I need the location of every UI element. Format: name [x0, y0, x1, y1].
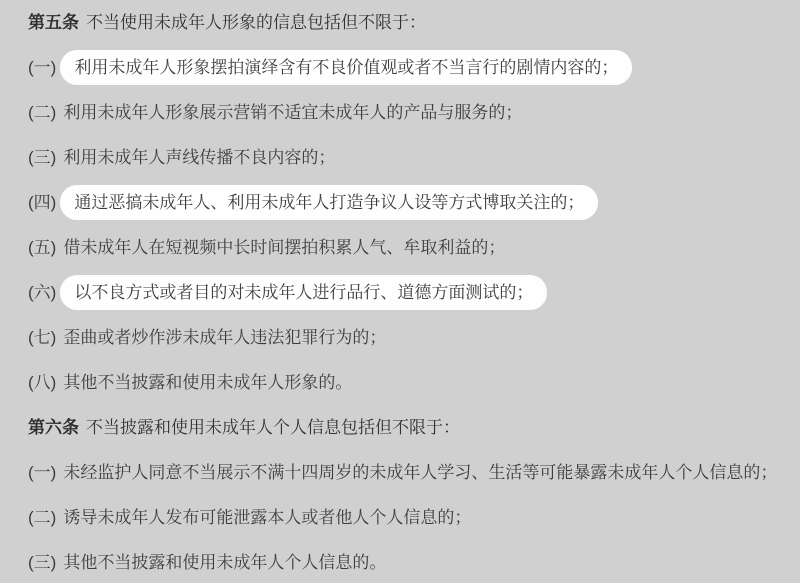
- item-number: (二): [28, 102, 56, 123]
- section-heading-article5: 第五条 不当使用未成年人形象的信息包括但不限于：: [28, 0, 780, 45]
- item-text: 诱导未成年人发布可能泄露本人或者他人个人信息的；: [63, 507, 471, 528]
- list-item: (八) 其他不当披露和使用未成年人形象的。: [28, 360, 780, 405]
- list-item: (七) 歪曲或者炒作涉未成年人违法犯罪行为的；: [28, 315, 780, 360]
- highlight-pill: 利用未成年人形象摆拍演绎含有不良价值观或者不当言行的剧情内容的；: [60, 50, 632, 85]
- list-item: (三) 利用未成年人声线传播不良内容的；: [28, 135, 780, 180]
- list-item: (一) 利用未成年人形象摆拍演绎含有不良价值观或者不当言行的剧情内容的；: [28, 45, 780, 90]
- list-item: (五) 借未成年人在短视频中长时间摆拍积累人气、牟取利益的；: [28, 225, 780, 270]
- article-heading-text: 不当使用未成年人形象的信息包括但不限于：: [86, 12, 426, 33]
- list-item: (四) 通过恶搞未成年人、利用未成年人打造争议人设等方式博取关注的；: [28, 180, 780, 225]
- list-item: (一) 未经监护人同意不当展示不满十四周岁的未成年人学习、生活等可能暴露未成年人…: [28, 450, 780, 495]
- item-text: 借未成年人在短视频中长时间摆拍积累人气、牟取利益的；: [63, 237, 505, 258]
- highlight-pill: 以不良方式或者目的对未成年人进行品行、道德方面测试的；: [60, 275, 547, 310]
- item-number: (七): [28, 327, 56, 348]
- highlight-pill: 通过恶搞未成年人、利用未成年人打造争议人设等方式博取关注的；: [60, 185, 598, 220]
- document-page: 第五条 不当使用未成年人形象的信息包括但不限于： (一) 利用未成年人形象摆拍演…: [0, 0, 800, 583]
- item-number: (三): [28, 147, 56, 168]
- item-number: (一): [28, 57, 56, 78]
- list-item: (二) 利用未成年人形象展示营销不适宜未成年人的产品与服务的；: [28, 90, 780, 135]
- section-heading-article6: 第六条 不当披露和使用未成年人个人信息包括但不限于：: [28, 405, 780, 450]
- item-number: (二): [28, 507, 56, 528]
- item-number: (一): [28, 462, 56, 483]
- item-text: 利用未成年人声线传播不良内容的；: [63, 147, 335, 168]
- item-number: (三): [28, 552, 56, 573]
- item-number: (四): [28, 192, 56, 213]
- article-number: 第五条: [28, 12, 79, 33]
- article-number: 第六条: [28, 417, 79, 438]
- article-heading-text: 不当披露和使用未成年人个人信息包括但不限于：: [86, 417, 460, 438]
- item-number: (五): [28, 237, 56, 258]
- item-text: 其他不当披露和使用未成年人形象的。: [63, 372, 352, 393]
- item-text: 未经监护人同意不当展示不满十四周岁的未成年人学习、生活等可能暴露未成年人个人信息…: [63, 462, 777, 483]
- list-item: (三) 其他不当披露和使用未成年人个人信息的。: [28, 540, 780, 583]
- list-item: (六) 以不良方式或者目的对未成年人进行品行、道德方面测试的；: [28, 270, 780, 315]
- item-text: 利用未成年人形象展示营销不适宜未成年人的产品与服务的；: [63, 102, 522, 123]
- item-number: (八): [28, 372, 56, 393]
- item-text: 其他不当披露和使用未成年人个人信息的。: [63, 552, 386, 573]
- list-item: (二) 诱导未成年人发布可能泄露本人或者他人个人信息的；: [28, 495, 780, 540]
- item-text: 歪曲或者炒作涉未成年人违法犯罪行为的；: [63, 327, 386, 348]
- item-number: (六): [28, 282, 56, 303]
